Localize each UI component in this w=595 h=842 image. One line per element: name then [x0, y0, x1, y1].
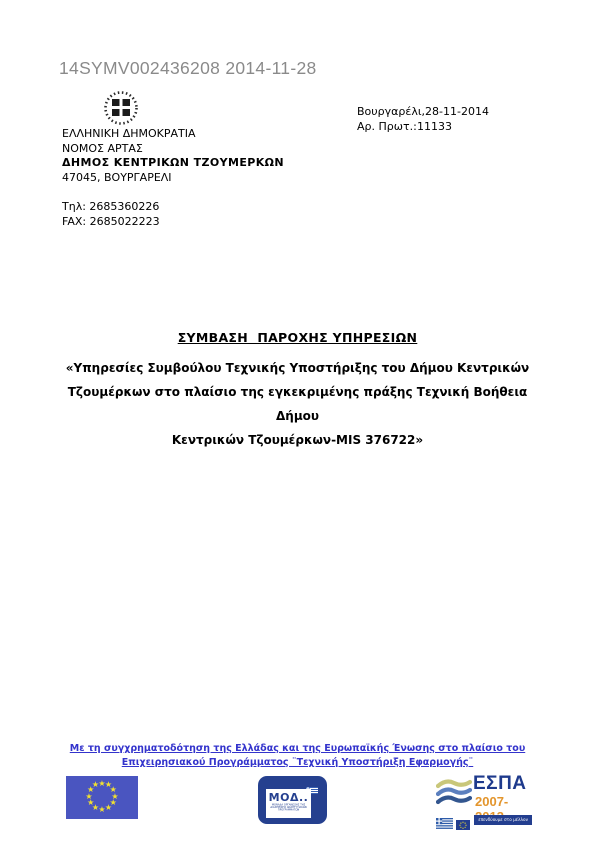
funding-line: Με τη συγχρηματοδότηση της Ελλάδας και τ…: [0, 742, 595, 756]
org-address: 47045, ΒΟΥΡΓΑΡΕΛΙ: [62, 171, 284, 186]
date-value: 28-11-2014: [425, 105, 489, 118]
subtitle-line: Τζουμέρκων στο πλαίσιο της εγκεκριμένης …: [48, 380, 547, 428]
eu-flag-logo: ★★★★★★★★★★★★: [66, 776, 138, 819]
letterhead-contact-block: Τηλ: 2685360226 FAX: 2685022223: [62, 200, 160, 229]
funding-line: Επιχειρησιακού Προγράμματος ¨Τεχνική Υπο…: [0, 756, 595, 770]
phone-line: Τηλ: 2685360226: [62, 200, 160, 215]
espa-tagline-bar: επενδύουμε στο μέλλον: [474, 815, 532, 825]
org-municipality: ΔΗΜΟΣ ΚΕΝΤΡΙΚΩΝ ΤΖΟΥΜΕΡΚΩΝ: [62, 156, 284, 171]
mod-name: ΜΟΔ..: [266, 791, 311, 804]
eu-mini-flag-icon: [456, 815, 470, 834]
protocol-number-value: 11133: [417, 120, 452, 133]
mod-inner-panel: ΜΟΔ.. ΜΟΝΑΔΑ ΟΡΓΑΝΩΣΗΣ ΤΗΣ ΔΙΑΧΕΙΡΙΣΗΣ Α…: [266, 789, 311, 818]
subtitle-line: Κεντρικών Τζουμέρκων-MIS 376722»: [48, 428, 547, 452]
protocol-block: Βουργαρέλι,28-11-2014 Αρ. Πρωτ.:11133: [357, 105, 489, 134]
document-subtitle: «Υπηρεσίες Συμβούλου Τεχνικής Υποστήριξη…: [48, 356, 547, 452]
espa-bottom-row: επενδύουμε στο μέλλον: [436, 814, 532, 825]
mod-logo: ΜΟΔ.. ΜΟΝΑΔΑ ΟΡΓΑΝΩΣΗΣ ΤΗΣ ΔΙΑΧΕΙΡΙΣΗΣ Α…: [258, 776, 327, 824]
protocol-number-label: Αρ. Πρωτ.:: [357, 120, 417, 135]
place-date-line: Βουργαρέλι,28-11-2014: [357, 105, 489, 120]
place-label: Βουργαρέλι,: [357, 105, 425, 120]
protocol-number-line: Αρ. Πρωτ.:11133: [357, 120, 489, 135]
greek-emblem-icon: [99, 88, 143, 132]
subtitle-line: «Υπηρεσίες Συμβούλου Τεχνικής Υποστήριξη…: [48, 356, 547, 380]
eu-star-icon: ★: [92, 781, 99, 789]
espa-name: ΕΣΠΑ: [473, 773, 527, 795]
eu-star-icon: ★: [98, 806, 105, 814]
espa-logo: ΕΣΠΑ 2007-2013: [436, 777, 532, 830]
mod-subtext: ΜΟΝΑΔΑ ΟΡΓΑΝΩΣΗΣ ΤΗΣ ΔΙΑΧΕΙΡΙΣΗΣ ΑΝΑΠΤΥΞ…: [266, 804, 311, 812]
fax-line: FAX: 2685022223: [62, 215, 160, 230]
document-page: 14SYMV002436208 2014-11-28 ΕΛΛΗΝΙΚΗ ΔΗΜΟ…: [0, 0, 595, 842]
eu-star-icon: ★: [105, 804, 112, 812]
registry-id: 14SYMV002436208 2014-11-28: [59, 58, 317, 79]
espa-tagline: επενδύουμε στο μέλλον: [474, 817, 532, 823]
org-prefecture: ΝΟΜΟΣ ΑΡΤΑΣ: [62, 142, 284, 157]
document-title: ΣΥΜΒΑΣΗ ΠΑΡΟΧΗΣ ΥΠΗΡΕΣΙΩΝ: [0, 330, 595, 345]
greek-flag-icon: [436, 814, 453, 833]
espa-waves-icon: [436, 778, 472, 812]
eu-flag-stars: ★★★★★★★★★★★★: [66, 776, 138, 819]
funding-statement: Με τη συγχρηματοδότηση της Ελλάδας και τ…: [0, 742, 595, 769]
letterhead-org-block: ΕΛΛΗΝΙΚΗ ΔΗΜΟΚΡΑΤΙΑ ΝΟΜΟΣ ΑΡΤΑΣ ΔΗΜΟΣ ΚΕ…: [62, 127, 284, 185]
org-country: ΕΛΛΗΝΙΚΗ ΔΗΜΟΚΡΑΤΙΑ: [62, 127, 284, 142]
